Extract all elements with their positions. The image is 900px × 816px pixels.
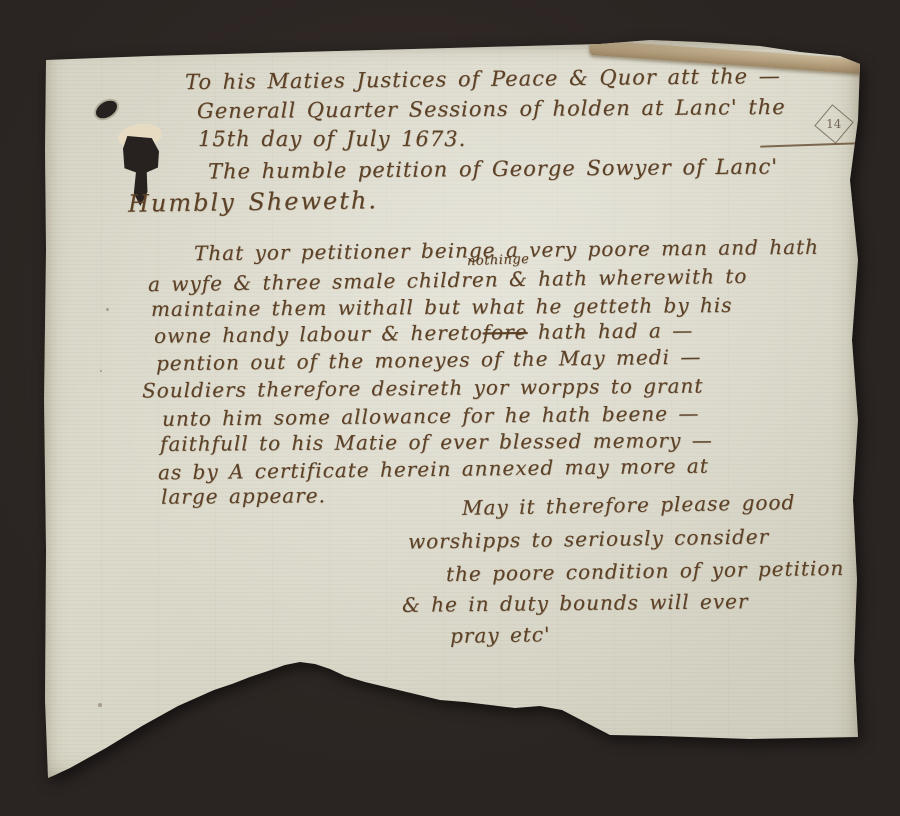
- body-line-8: faithfull to his Matie of ever blessed m…: [160, 428, 713, 456]
- paper-hole-small: [93, 97, 120, 122]
- manuscript-page: 14 To his Maties Justices of Peace & Quo…: [44, 40, 862, 780]
- struck-word: fore: [483, 320, 528, 344]
- body-line-6: Souldiers therefore desireth yor worpps …: [142, 374, 704, 403]
- body-line-10: large appeare.: [161, 483, 326, 508]
- body-line-4-post: hath had a —: [527, 318, 693, 344]
- folio-number-mark: 14: [814, 104, 853, 143]
- body-line-4: owne handy labour & heretofore hath had …: [154, 318, 693, 348]
- closing-line-1: May it therefore please good: [462, 490, 796, 520]
- closing-line-2: worshipps to seriously consider: [408, 524, 770, 553]
- closing-line-4: & he in duty bounds will ever: [402, 589, 749, 617]
- heading-line-2: Generall Quarter Sessions of holden at L…: [197, 95, 786, 123]
- folio-number: 14: [826, 117, 841, 131]
- paper-speck: [100, 370, 102, 372]
- body-line-2: a wyfe & three smale children & hath whe…: [148, 264, 748, 296]
- body-line-9: as by A certificate herein annexed may m…: [158, 454, 709, 485]
- paper-speck: [98, 703, 102, 707]
- body-line-5: pention out of the moneyes of the May me…: [156, 345, 702, 376]
- closing-line-3: the poore condition of yor petition: [446, 556, 845, 586]
- closing-line-5: pray etc': [450, 622, 551, 648]
- heading-line-4: The humble petition of George Sowyer of …: [208, 155, 778, 184]
- body-line-7: unto him some allowance for he hath been…: [162, 401, 700, 431]
- ink-flourish-line: [760, 142, 856, 147]
- paper-speck: [106, 308, 109, 311]
- photograph-background: 14 To his Maties Justices of Peace & Quo…: [0, 0, 900, 816]
- heading-line-3: 15th day of July 1673.: [198, 127, 466, 151]
- manuscript-page-wrapper: 14 To his Maties Justices of Peace & Quo…: [44, 40, 862, 780]
- heading-line-5: Humbly Sheweth.: [128, 186, 378, 217]
- body-line-3: maintaine them withall but what he gette…: [151, 293, 733, 321]
- heading-line-1: To his Maties Justices of Peace & Quor a…: [185, 64, 781, 94]
- body-line-4-pre: owne handy labour & hereto: [154, 320, 483, 347]
